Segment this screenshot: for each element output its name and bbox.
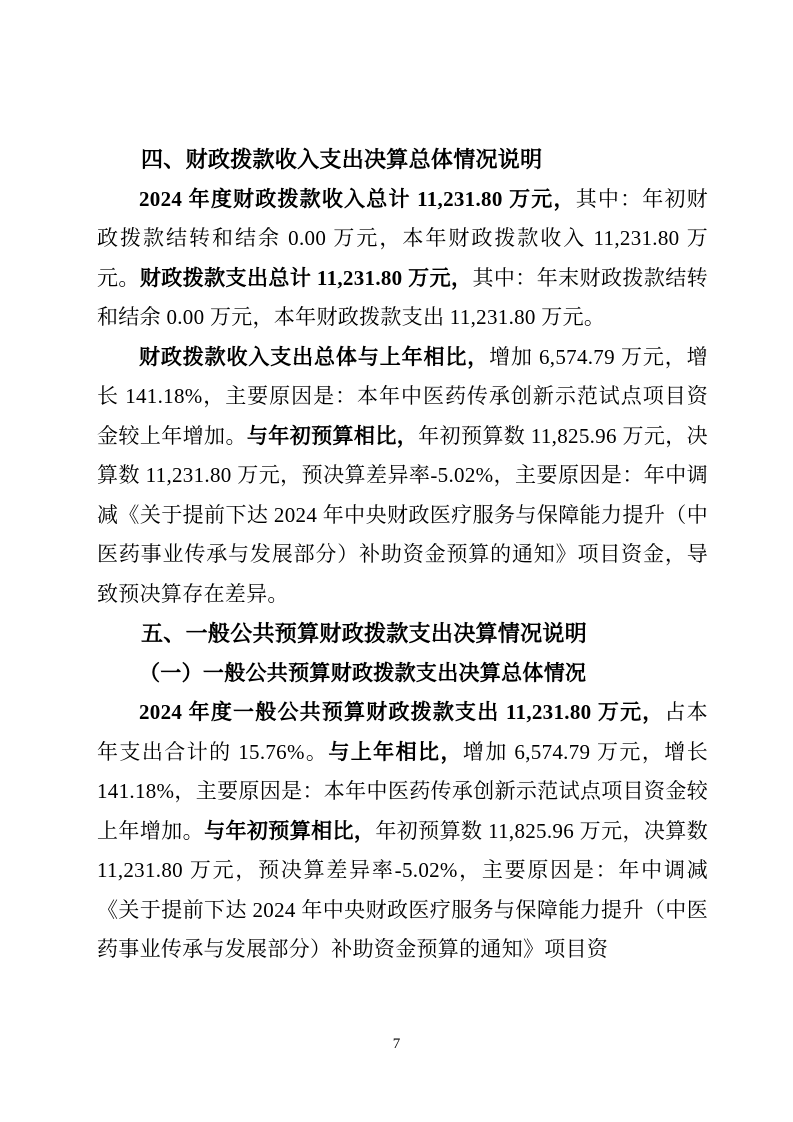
document-body: 四、财政拨款收入支出决算总体情况说明 2024 年度财政拨款收入总计 11,23… xyxy=(97,140,708,970)
document-page: 四、财政拨款收入支出决算总体情况说明 2024 年度财政拨款收入总计 11,23… xyxy=(0,0,793,1122)
section-heading-4: 四、财政拨款收入支出决算总体情况说明 xyxy=(97,140,708,180)
section-heading-5: 五、一般公共预算财政拨款支出决算情况说明 xyxy=(97,614,708,654)
page-number: 7 xyxy=(0,1036,793,1053)
subsection-heading-1: （一）一般公共预算财政拨款支出决算总体情况 xyxy=(97,654,708,694)
para-fiscal-overview: 2024 年度财政拨款收入总计 11,231.80 万元，其中：年初财政拨款结转… xyxy=(97,180,708,338)
para-yoy-comparison: 财政拨款收入支出总体与上年相比，增加 6,574.79 万元，增长 141.18… xyxy=(97,338,708,615)
para-general-budget: 2024 年度一般公共预算财政拨款支出 11,231.80 万元，占本年支出合计… xyxy=(97,693,708,970)
